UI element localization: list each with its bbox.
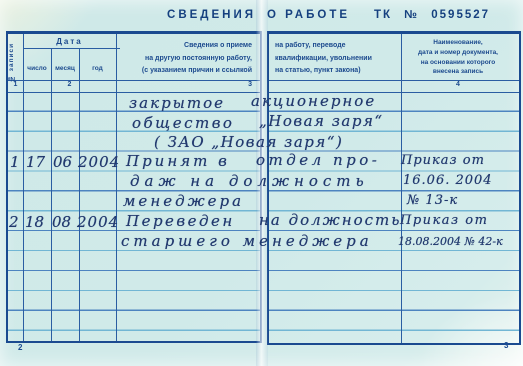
colnum-bottom-line-left (8, 92, 260, 93)
entry1-document-ref: 16.06. 2004 (403, 173, 493, 188)
entry1-text: менеджера (123, 192, 244, 210)
col-header-info-left: Сведения о приеме на другую постоянную р… (116, 40, 256, 78)
document-header-line1: Наименование, (401, 38, 515, 48)
col-header-info-right: на работу, переводе квалификации, увольн… (271, 40, 403, 78)
work-record-book-scan: СВЕДЕНИЯ О РАБОТЕ ТК № 0595527 № записи … (0, 0, 523, 366)
column-number-1: 1 (8, 81, 23, 88)
col-header-day: число (23, 65, 51, 72)
page-number-right: 3 (504, 341, 508, 350)
document-header-line3: на основании которого (401, 58, 515, 68)
entry2-text: на должность (259, 211, 401, 229)
entry1-record-no: 1 (10, 153, 20, 171)
entry1-text: отдел про- (256, 151, 380, 169)
info-header-line5: квалификации, увольнении (275, 53, 403, 66)
entry1-day: 17 (26, 153, 45, 171)
info-header-line2: на другую постоянную работу, (116, 53, 252, 66)
entry1-year: 2004 (78, 153, 120, 171)
page-number-left: 2 (18, 343, 22, 352)
info-header-line3: (с указанием причин и ссылкой (116, 65, 252, 78)
entry1-text: Принят в (126, 152, 230, 170)
serial-number: ТК № 0595527 (374, 9, 490, 21)
col-header-month: месяц (51, 65, 79, 72)
info-header-line1: Сведения о приеме (116, 40, 252, 53)
handwriting-org-name: „Новая заря“ (259, 112, 384, 130)
document-header-line2: дата и номер документа, (401, 48, 515, 58)
entry1-month: 06 (53, 153, 72, 171)
date-underline (23, 48, 120, 49)
info-header-line4: на работу, переводе (275, 40, 403, 53)
handwriting-org-name: общество (132, 114, 234, 132)
col-header-date: Дата (23, 37, 116, 46)
handwriting-org-name: акционерное (251, 92, 376, 110)
handwriting-org-abbrev: ( ЗАО „Новая заря“) (154, 133, 343, 151)
col-header-year: год (79, 65, 116, 72)
entry2-record-no: 2 (9, 213, 19, 231)
column-number-3: 3 (116, 81, 258, 88)
entry2-year: 2004 (77, 213, 119, 231)
entry2-text: старшего менеджера (121, 232, 373, 250)
handwriting-org-name: закрытое (129, 94, 225, 112)
page-title-right: О РАБОТЕ (267, 9, 350, 21)
entry2-document-ref: 18.08.2004 № 42-к (398, 235, 503, 248)
entry1-document-ref: Приказ от (401, 153, 485, 168)
entry1-text: даж на должность (130, 172, 369, 190)
entry2-text: Переведен (126, 212, 235, 230)
entry2-document-ref: Приказ от (400, 213, 488, 228)
document-header-line4: внесена запись (401, 67, 515, 77)
entry2-month: 08 (52, 213, 71, 231)
entry2-day: 18 (25, 213, 44, 231)
column-number-2: 2 (23, 81, 116, 88)
entry1-document-ref: № 13-к (407, 193, 458, 208)
column-number-4: 4 (401, 81, 515, 88)
page-title-left: СВЕДЕНИЯ (150, 9, 256, 21)
col-header-document: Наименование, дата и номер документа, на… (401, 38, 515, 77)
info-header-line6: на статью, пункт закона) (275, 65, 403, 78)
